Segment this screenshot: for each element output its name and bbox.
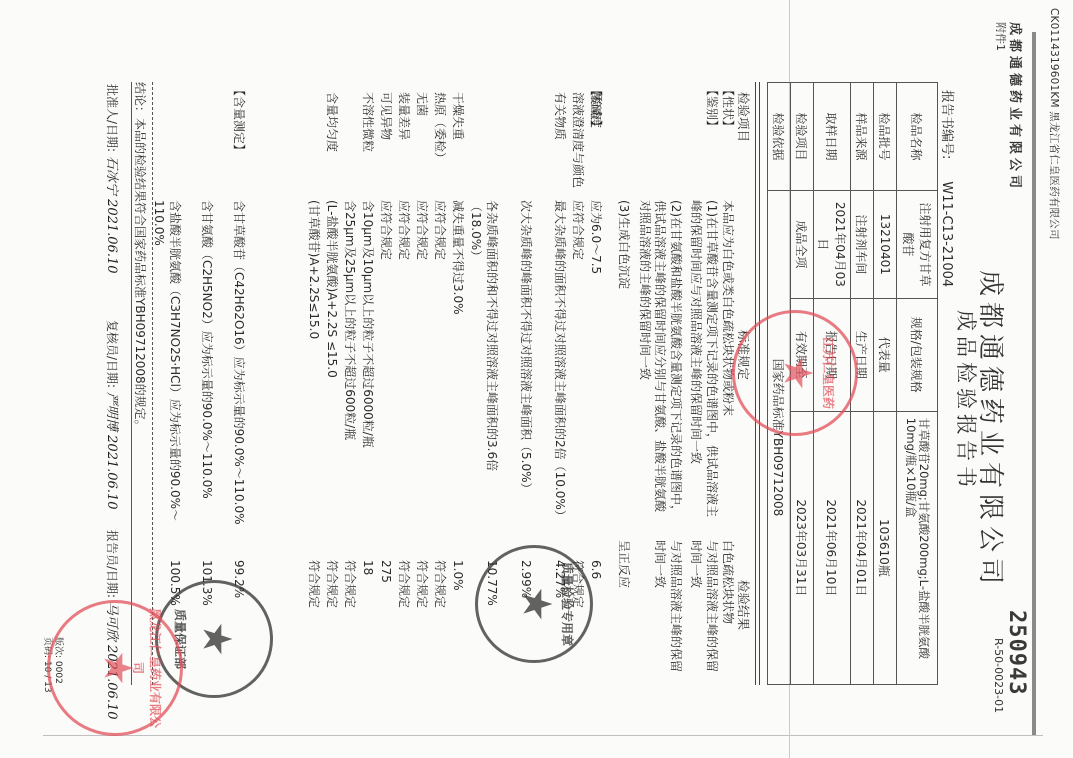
batch-value: 13210401 — [874, 191, 897, 299]
inspection-standard: (L-盐酸半胱氨酸)A+2.2S ≤15.0 — [324, 200, 340, 520]
approver-label: 批准人/日期: — [105, 84, 119, 152]
report-number: 报告书编号:W11-C13-21004 — [939, 90, 958, 287]
inspection-result: 符合规定 — [306, 560, 322, 680]
assay-result: 101.3% — [199, 560, 215, 680]
inspection-result: 18 — [360, 560, 376, 680]
expiry-value: 2023年03月31日 — [791, 411, 814, 684]
inspection-item: 干燥失重 — [450, 92, 466, 140]
reviewer: 复核员/日期: 严明博 2021.06.10 — [104, 320, 123, 510]
section-appearance: 【性状】 — [720, 84, 736, 132]
attachment-label: 附件1 — [993, 22, 1009, 51]
conclusion: 结论：本品的检验结果符合国家药品标准YBH09712008的规定。 — [132, 82, 149, 432]
inspection-standard: 应符合规定 — [396, 200, 412, 520]
report-number-label: 报告书编号: — [939, 90, 954, 159]
inspection-standard: 应为6.0～7.5 — [588, 200, 604, 520]
batch-label: 检品批号 — [874, 83, 897, 191]
inspection-standard: 应符合规定 — [378, 200, 394, 520]
inspection-item: 不溶性微粒 — [360, 92, 376, 152]
star-icon: ★ — [774, 355, 820, 391]
approver: 批准人/日期: 石冰宁 2021.06.10 — [104, 84, 123, 274]
assay-standard: 含盐酸半胱氨酸（C3H7NO2S·HCl）应为标示量的90.0%～110.0% — [151, 200, 182, 540]
report-date-value: 2021年06月10日 — [814, 411, 851, 684]
inspection-result: 符合规定 — [570, 560, 586, 680]
basis-label: 检验依据 — [768, 83, 791, 191]
quantity-value: 103610瓶 — [874, 411, 897, 684]
assay-result: 99.2% — [231, 560, 247, 680]
assay-standard: 含甘草酸苷（C42H62O16）应为标示量的90.0%～110.0% — [231, 200, 247, 540]
inspection-standard: 应符合规定 — [570, 200, 586, 520]
inspection-standard: 减失重量不得过3.0% — [450, 200, 466, 520]
inspection-standard: 次大杂质峰的峰面积不得过对照溶液主峰面积（5.0%） — [518, 200, 534, 520]
section-identification: 【鉴别】 — [704, 84, 720, 132]
identification-standard: (2)在甘氨酸和盐酸半胱氨酸含量测定项下记录的色谱图中，供试品溶液主峰的保留时间… — [637, 200, 684, 520]
inspection-result: 符合规定 — [342, 560, 358, 680]
identification-result: 呈正反应 — [616, 540, 632, 680]
inspection-item: 热原（委检） — [432, 92, 448, 164]
inspection-result: 1.0% — [450, 560, 466, 680]
red-seal-top: 江苏仁皇医药 ★ — [732, 310, 858, 436]
spec-label: 规格/包装规格 — [897, 298, 938, 411]
test-items-label: 检验项目 — [791, 83, 814, 191]
frame-border — [1032, 32, 1036, 735]
frame-border — [43, 735, 1043, 736]
serial-number: 250943 — [1004, 610, 1029, 695]
reviewer-label: 复核员/日期: — [105, 320, 119, 388]
product-name-label: 检品名称 — [897, 83, 938, 191]
source-value: 注射剂车间 — [851, 191, 874, 299]
sampling-date-value: 2021年04月03日 — [814, 191, 851, 299]
quantity-label: 代表量 — [874, 298, 897, 411]
red-seal-bottom: 黑龙江仁皇药业有限公司 ★ — [47, 600, 183, 736]
inspection-item: 酸碱度 — [588, 92, 604, 128]
inspection-item: 装量差异 — [396, 92, 412, 140]
identification-standard: (3)生成白色沉淀 — [616, 200, 632, 520]
inspection-result: 符合规定 — [414, 560, 430, 680]
inspection-result: 6.6 — [588, 560, 604, 680]
inspection-standard: (甘草酸苷)A+2.2S≤15.0 — [306, 200, 322, 520]
column-header-result: 检验结果 — [735, 580, 753, 630]
identification-standard: (1)在甘草酸苷含量测定项下记录的色谱图中，供试品溶液主峰的保留时间应与对照品溶… — [688, 200, 719, 520]
inspection-result: 符合规定 — [324, 560, 340, 680]
inspection-item: 溶液澄清度与颜色 — [570, 92, 586, 188]
production-date-value: 2021年04月01日 — [851, 411, 874, 684]
basis-value: 国家药品标准YBH09712008 — [768, 191, 791, 685]
inspection-standard: 各杂质峰面积的和不得过对照溶液主峰面积的3.6倍（18.0%） — [468, 200, 499, 520]
inspection-report-page: CK0114319601KM 黑龙江省仁皇医药有限公司 成都通德药业有限公司 附… — [0, 0, 1073, 758]
inspection-item: 含量均匀度 — [324, 92, 340, 152]
inspection-item: 有关物质 — [552, 92, 568, 140]
assay-result: 100.5% — [167, 560, 183, 680]
identification-result: 与对照品溶液主峰的保留时间一致 — [688, 540, 719, 680]
inspection-standard: 含25μm及25μm以上的粒子不超过600粒/瓶 — [342, 200, 358, 520]
separator — [131, 82, 132, 685]
document-stamp-id: CK0114319601KM 黑龙江省仁皇医药有限公司 — [1047, 8, 1062, 240]
inspection-item: 可见异物 — [378, 92, 394, 140]
report-number-value: W11-C13-21004 — [939, 181, 954, 287]
inspection-result: 10.77% — [484, 560, 500, 680]
identification-result: 与对照品溶液主峰的保留时间一致 — [652, 540, 683, 680]
inspection-result: 275 — [378, 560, 394, 680]
inspection-result: 符合规定 — [432, 560, 448, 680]
product-name: 注射用复方甘草酸苷 — [897, 191, 938, 299]
column-header-item: 检验项目 — [735, 92, 753, 142]
sampling-date-label: 取样日期 — [814, 83, 851, 191]
inspection-result: 2.99% — [518, 560, 534, 680]
inspection-standard: 应符合规定 — [414, 200, 430, 520]
section-assay: 【含量测定】 — [231, 84, 247, 156]
form-number: R-50-0023-01 — [992, 638, 1005, 713]
test-items-value: 成品全项 — [791, 191, 814, 299]
spec-value: 甘草酸苷20mg;甘氨酸200mg;L-盐酸半胱氨酸10mg/瓶×10瓶/盒 — [897, 411, 938, 684]
inspection-item: 无菌 — [414, 92, 430, 116]
assay-standard: 含甘氨酸（C2H5NO2）应为标示量的90.0%～110.0% — [199, 200, 215, 540]
reporter-label: 报告员/日期: — [105, 530, 119, 598]
appearance-result: 白色疏松块状物 — [720, 540, 736, 680]
reviewer-signature: 严明博 2021.06.10 — [104, 392, 119, 510]
approver-signature: 石冰宁 2021.06.10 — [104, 156, 119, 274]
inspection-standard: 应符合规定 — [432, 200, 448, 520]
inspection-standard: 含10μm及10μm以上的粒子不超过6000粒/瓶 — [360, 200, 376, 520]
star-icon: ★ — [94, 650, 140, 686]
source-label: 样品来源 — [851, 83, 874, 191]
inspection-result: 4.27% — [552, 560, 568, 680]
inspection-result: 符合规定 — [396, 560, 412, 680]
inspection-standard: 最大杂质峰的面积不得过对照溶液主峰面积的2倍（10.0%） — [552, 200, 568, 520]
company-name-small: 成都通德药业有限公司 — [1007, 22, 1026, 192]
report-subtitle: 成品检验报告书 — [952, 310, 982, 492]
